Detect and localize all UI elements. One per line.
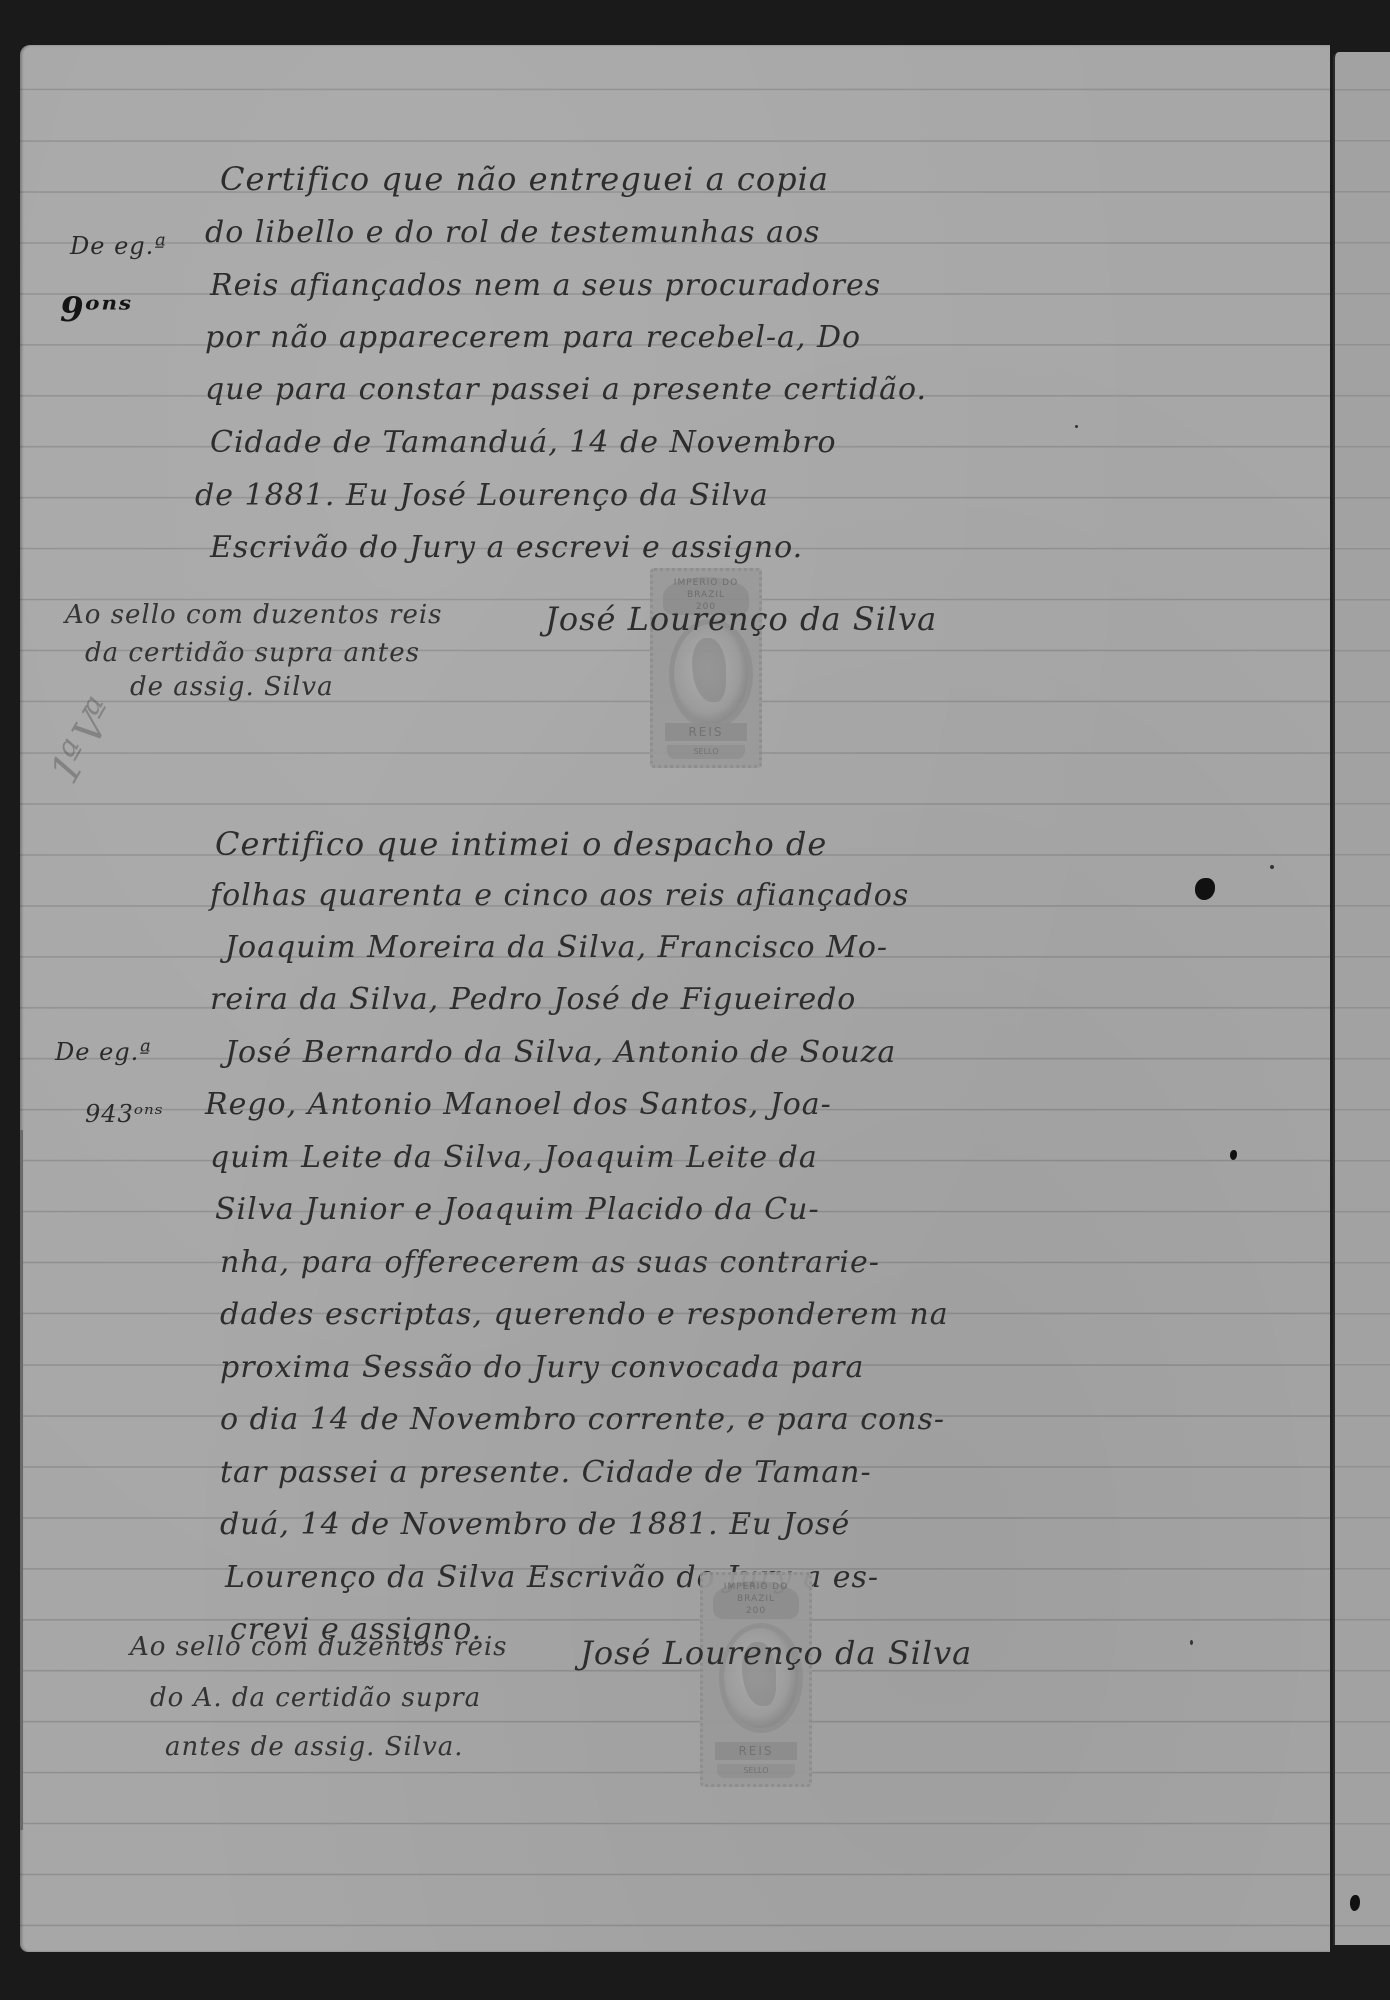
- margin-note-cert2-bottom: 943ᵒⁿˢ: [85, 1100, 164, 1128]
- cert1-line-8: Escrivão do Jury a escrevi e assigno.: [210, 530, 803, 565]
- cert1-side-note-1: Ao sello com duzentos reis: [65, 600, 443, 630]
- stamp-2-label: REIS: [715, 1742, 797, 1760]
- cert2-line-4: reira da Silva, Pedro José de Figueiredo: [210, 982, 856, 1017]
- cert2-line-10: dades escriptas, querendo e responderem …: [220, 1297, 949, 1332]
- cert1-line-4: por não apparecerem para recebel-a, Do: [205, 320, 861, 355]
- cert2-side-note-3: antes de assig. Silva.: [165, 1732, 464, 1762]
- cert2-line-5: José Bernardo da Silva, Antonio de Souza: [225, 1035, 896, 1070]
- stamp-1-label: REIS: [665, 723, 747, 741]
- page-edge-shadow: [20, 1130, 23, 1830]
- cert2-line-3: Joaquim Moreira da Silva, Francisco Mo-: [225, 930, 888, 965]
- cert2-side-note-1: Ao sello com duzentos reis: [130, 1632, 508, 1662]
- cert2-line-11: proxima Sessão do Jury convocada para: [220, 1350, 864, 1385]
- stamp-2-footer: SELLO: [717, 1764, 795, 1778]
- cert1-side-note-3: de assig. Silva: [130, 672, 334, 702]
- cert1-line-1: Certifico que não entreguei a copia: [220, 160, 829, 198]
- cert1-line-2: do libello e do rol de testemunhas aos: [205, 215, 820, 250]
- stamp-1-footer: SELLO: [667, 745, 745, 759]
- cert1-signature: José Lourenço da Silva: [545, 600, 937, 638]
- margin-note-cert1-bottom: 9ᵒⁿˢ: [60, 290, 133, 330]
- cert1-line-7: de 1881. Eu José Lourenço da Silva: [195, 478, 769, 513]
- cert1-line-3: Reis afiançados nem a seus procuradores: [210, 268, 881, 303]
- cert1-side-note-2: da certidão supra antes: [85, 638, 420, 668]
- cert2-line-12: o dia 14 de Novembro corrente, e para co…: [220, 1402, 945, 1437]
- cert2-signature: José Lourenço da Silva: [580, 1634, 972, 1672]
- cert2-side-note-2: do A. da certidão supra: [150, 1683, 481, 1713]
- cert2-line-6: Rego, Antonio Manoel dos Santos, Joa-: [205, 1087, 832, 1122]
- paper-speck: [1075, 425, 1078, 428]
- stamp-2-header: IMPERIO DO BRAZIL200: [713, 1581, 799, 1619]
- margin-note-cert1-top: De eg.ª: [70, 232, 167, 260]
- cert1-line-5: que para constar passei a presente certi…: [205, 372, 927, 407]
- cert2-line-13: tar passei a presente. Cidade de Taman-: [220, 1455, 872, 1490]
- cert2-line-1: Certifico que intimei o despacho de: [215, 825, 827, 863]
- paper-speck: [1190, 1640, 1193, 1645]
- revenue-stamp-1: IMPERIO DO BRAZIL200 REIS SELLO: [650, 568, 762, 768]
- adjacent-page-strip: [1333, 52, 1390, 1945]
- cert2-line-8: Silva Junior e Joaquim Placido da Cu-: [215, 1192, 820, 1227]
- cert2-line-7: quim Leite da Silva, Joaquim Leite da: [210, 1140, 818, 1175]
- paper-speck: [1270, 865, 1274, 869]
- cert2-line-14: duá, 14 de Novembro de 1881. Eu José: [220, 1507, 850, 1542]
- cert1-line-6: Cidade de Tamanduá, 14 de Novembro: [210, 425, 837, 460]
- margin-note-cert2-top: De eg.ª: [55, 1038, 152, 1066]
- revenue-stamp-2: IMPERIO DO BRAZIL200 REIS SELLO: [700, 1572, 812, 1787]
- cert2-line-2: folhas quarenta e cinco aos reis afiança…: [210, 878, 909, 913]
- cert2-line-9: nha, para offerecerem as suas contrarie-: [220, 1245, 880, 1280]
